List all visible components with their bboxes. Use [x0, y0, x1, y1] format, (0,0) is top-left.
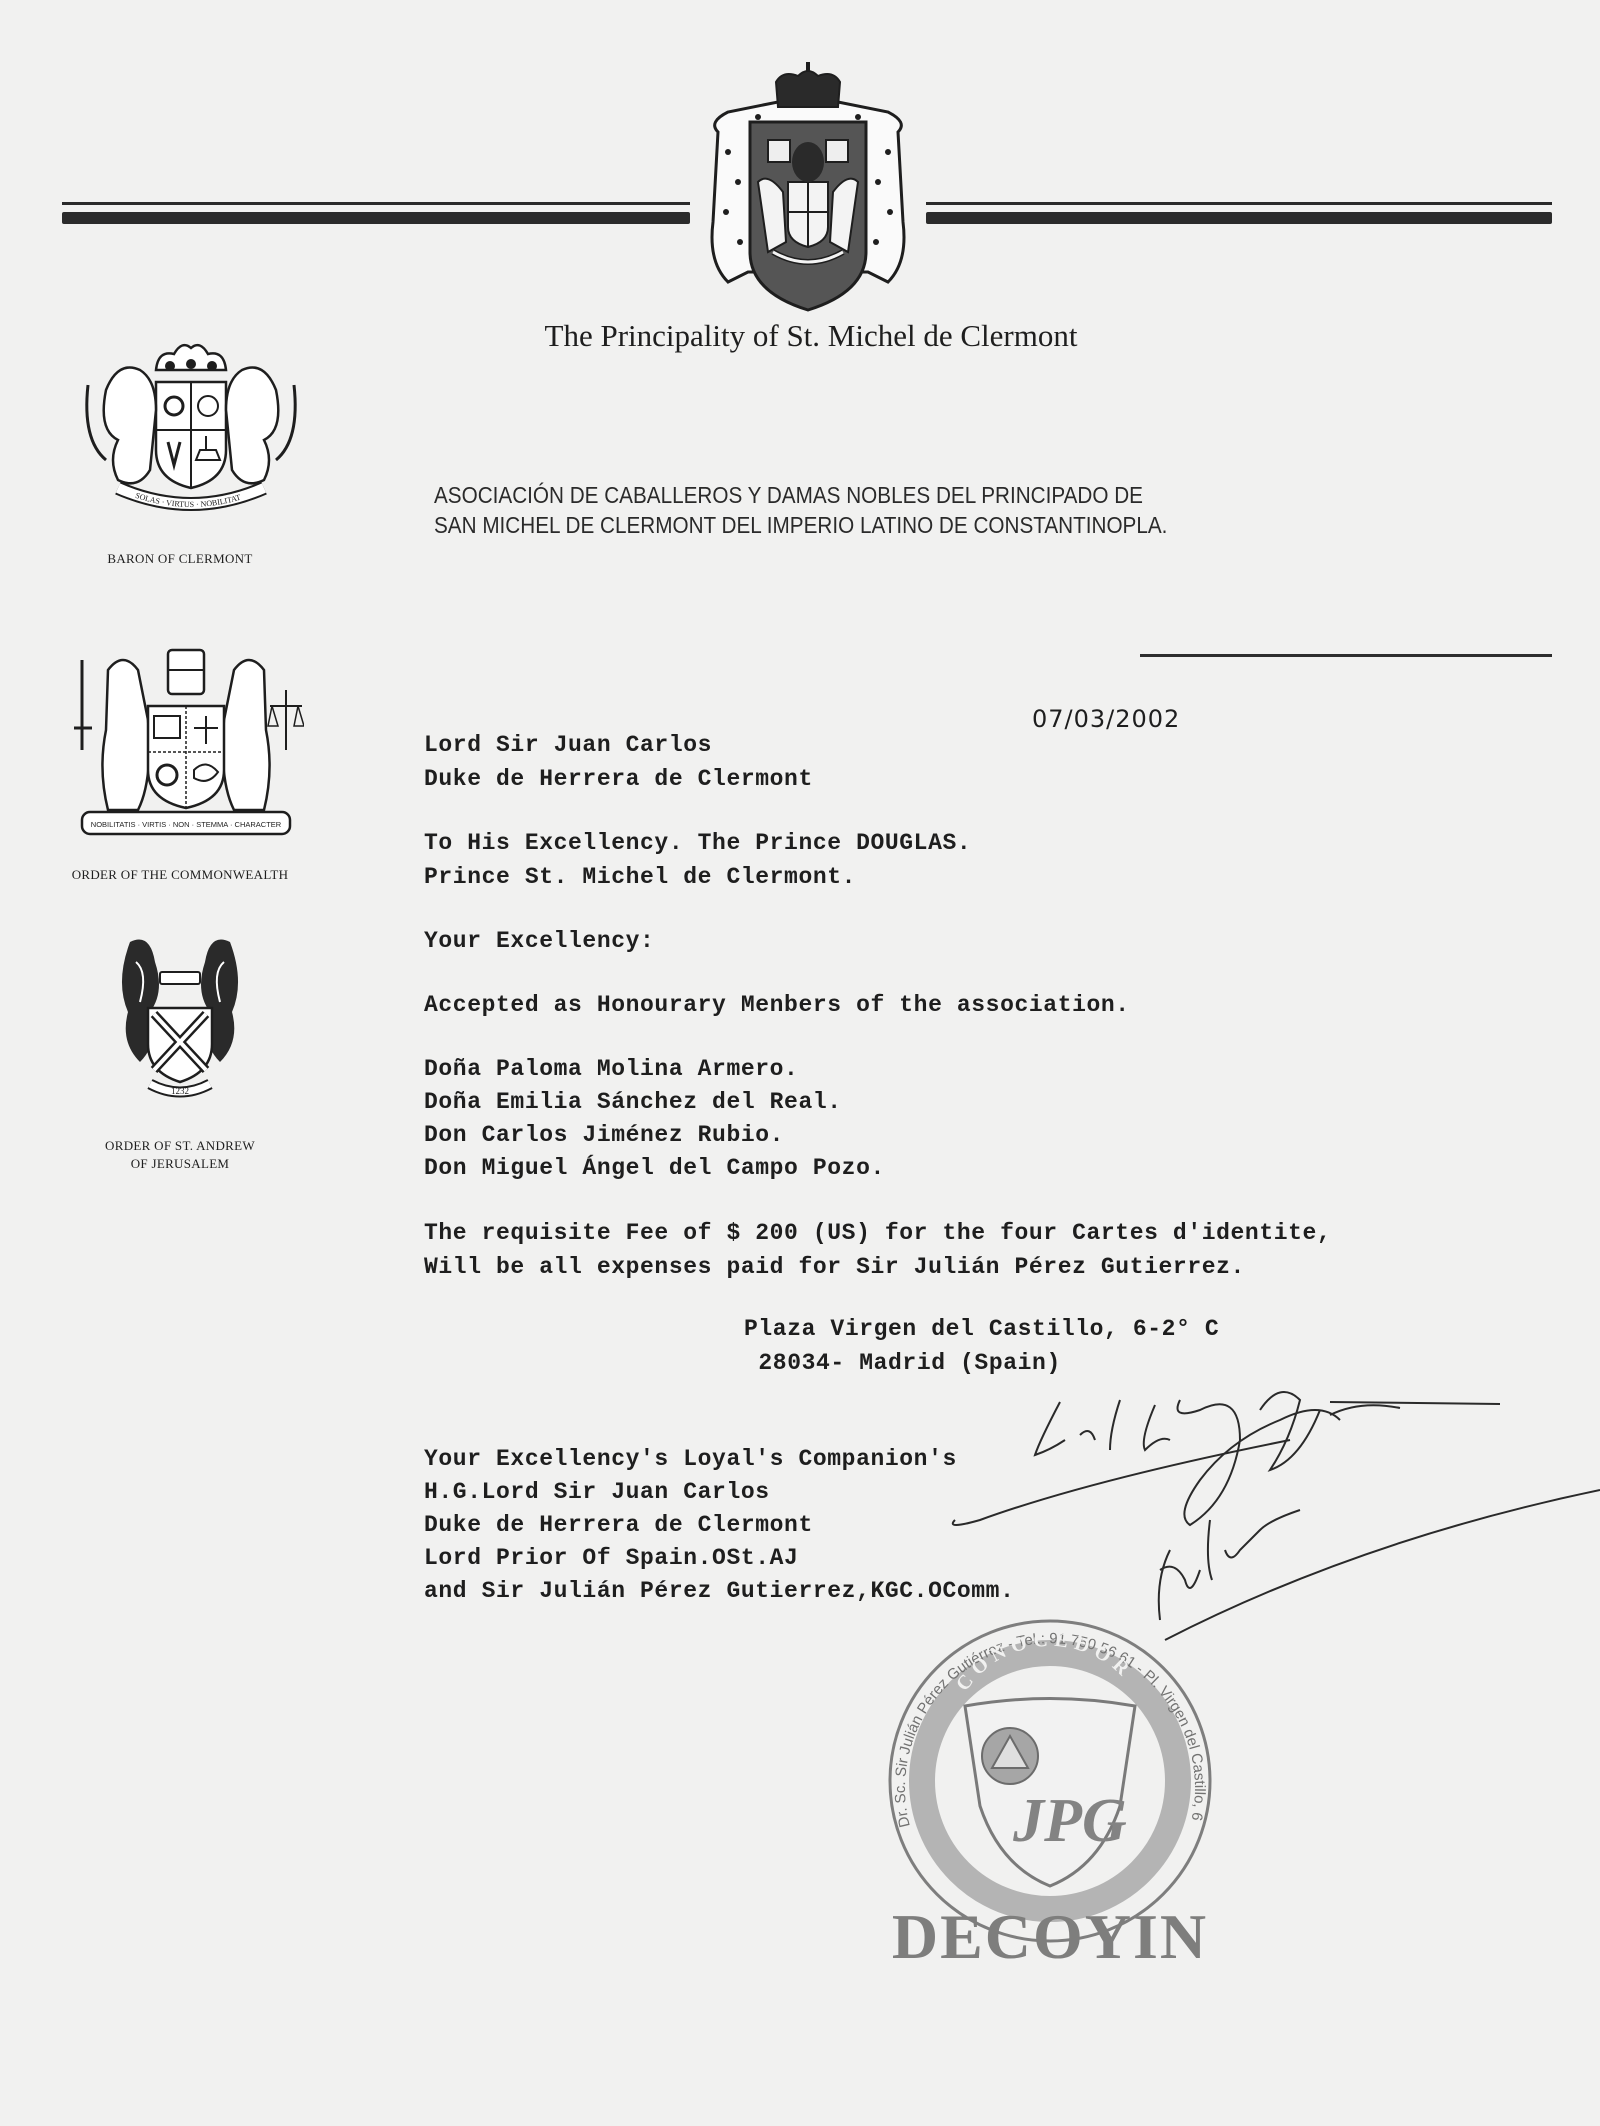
fee-line-2: Will be all expenses paid for Sir Julián… [424, 1252, 1245, 1283]
member-3: Don Carlos Jiménez Rubio. [424, 1120, 784, 1151]
closing-line-4: Lord Prior Of Spain.OSt.AJ [424, 1543, 798, 1574]
st-andrew-crest-icon: 1232 [110, 932, 250, 1102]
baron-caption: BARON OF CLERMONT [60, 550, 300, 567]
st-andrew-caption-line-1: ORDER OF ST. ANDREW [60, 1137, 300, 1154]
sender-line-1: Lord Sir Juan Carlos [424, 730, 712, 761]
header-rule-thin-left [62, 202, 690, 205]
closing-line-1: Your Excellency's Loyal's Companion's [424, 1444, 957, 1475]
closing-line-2: H.G.Lord Sir Juan Carlos [424, 1477, 770, 1508]
salutation: Your Excellency: [424, 926, 654, 957]
member-1: Doña Paloma Molina Armero. [424, 1054, 798, 1085]
recipient-line-2: Prince St. Michel de Clermont. [424, 862, 856, 893]
svg-text:JPG: JPG [1012, 1787, 1127, 1855]
header-rule-thick-left [62, 212, 690, 224]
date-rule [1140, 654, 1552, 657]
association-line-2: SAN MICHEL DE CLERMONT DEL IMPERIO LATIN… [434, 512, 1167, 539]
association-line-1: ASOCIACIÓN DE CABALLEROS Y DAMAS NOBLES … [434, 482, 1143, 509]
member-4: Don Miguel Ángel del Campo Pozo. [424, 1153, 885, 1184]
royal-coat-of-arms-icon [688, 62, 928, 312]
statement: Accepted as Honourary Menbers of the ass… [424, 990, 1130, 1021]
sender-line-2: Duke de Herrera de Clermont [424, 764, 813, 795]
svg-text:1232: 1232 [171, 1086, 189, 1096]
header-rule-thick-right [926, 212, 1552, 224]
member-2: Doña Emilia Sánchez del Real. [424, 1087, 842, 1118]
address-line-1: Plaza Virgen del Castillo, 6-2° C [744, 1314, 1219, 1345]
st-andrew-caption-line-2: OF JERUSALEM [60, 1155, 300, 1172]
recipient-line-1: To His Excellency. The Prince DOUGLAS. [424, 828, 971, 859]
baron-coat-of-arms-icon: SOLAS · VIRTUS · NOBILITAT [78, 330, 304, 520]
svg-text:NOBILITATIS · VIRTIS · NON · S: NOBILITATIS · VIRTIS · NON · STEMMA · CH… [91, 820, 282, 829]
commonwealth-coat-of-arms-icon: NOBILITATIS · VIRTIS · NON · STEMMA · CH… [68, 630, 304, 845]
svg-text:DECOYIN: DECOYIN [892, 1901, 1208, 1972]
letter-date: 07/03/2002 [1032, 704, 1180, 735]
fee-line-1: The requisite Fee of $ 200 (US) for the … [424, 1218, 1331, 1249]
decoyin-stamp-icon: Dr. Sc. Sir Julián Pérez Gutiérrez - Tel… [870, 1596, 1230, 1976]
commonwealth-caption: ORDER OF THE COMMONWEALTH [50, 866, 310, 883]
address-line-2: 28034- Madrid (Spain) [744, 1348, 1061, 1379]
closing-line-3: Duke de Herrera de Clermont [424, 1510, 813, 1541]
header-rule-thin-right [926, 202, 1552, 205]
